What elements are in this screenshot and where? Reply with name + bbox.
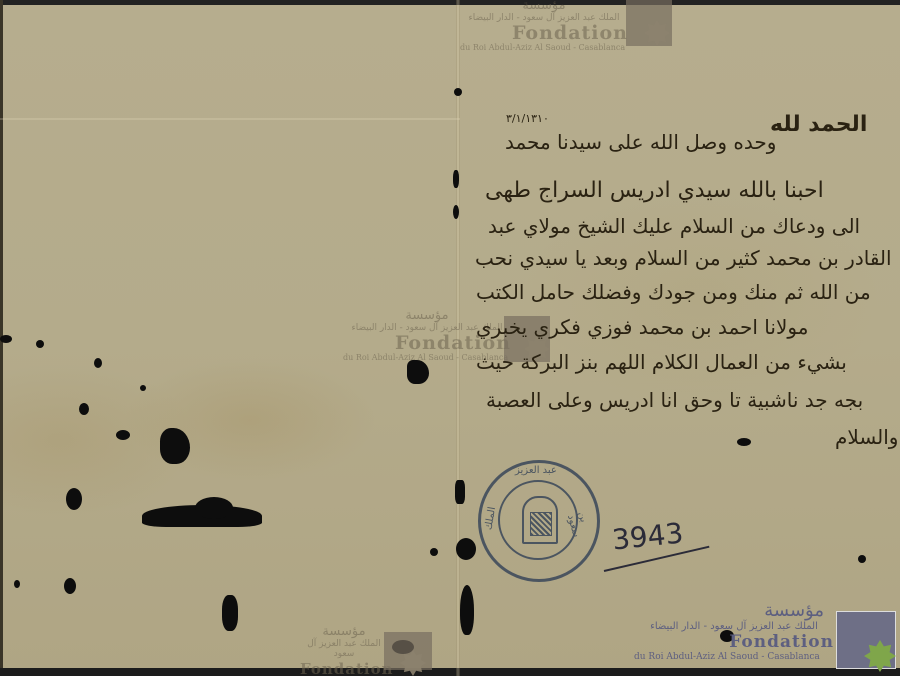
catalog-number: 3943 (610, 516, 684, 556)
scanned-document-page: مؤسسة الملك عبد العزيز آل سعود - الدار ا… (0, 0, 900, 676)
body-line-2: الى ودعاك من السلام عليك الشيخ مولاي عبد (488, 214, 860, 238)
horizontal-fold-line (0, 118, 460, 120)
body-line-8: والسلام (835, 425, 898, 449)
royal-stamp: عبد العزيز الملك بن سعود (478, 460, 600, 582)
watermark-arabic-name: مؤسسة (634, 600, 834, 621)
body-line-6: بشيء من العمال الكلام اللهم بنز البركة ح… (476, 350, 847, 374)
watermark-arabic-subtitle: الملك عبد العزيز آل سعود (300, 639, 388, 659)
date-note: ٣/١/١٣١٠ (506, 112, 549, 125)
watermark-arabic-name: مؤسسة (460, 0, 628, 13)
scan-edge-top (0, 0, 900, 5)
watermark-arabic-name: مؤسسة (300, 624, 388, 639)
body-line-7: بجه جد ناشبية تا وحق انا ادريس وعلى العص… (486, 388, 863, 412)
watermark-bottom-left: مؤسسة الملك عبد العزيز آل سعود Fondation (300, 624, 388, 676)
body-line-5: مولانا احمد بن محمد فوزي فكري يخبري (476, 315, 808, 339)
watermark-latin-subtitle: du Roi Abdul-Aziz Al Saoud - Casablanca (460, 43, 628, 52)
stamp-arch-icon (522, 496, 558, 544)
body-line-4: من الله ثم منك ومن جودك وفضلك حامل الكتب (476, 280, 871, 304)
scan-edge-bottom (0, 668, 900, 676)
watermark-arabic-subtitle: الملك عبد العزيز آل سعود - الدار البيضاء (634, 621, 834, 632)
watermark-latin-name: Fondation (634, 632, 834, 652)
body-line-1: احبنا بالله سيدي ادريس السراج طهى (485, 178, 824, 203)
stamp-text-top: عبد العزيز (515, 465, 557, 476)
watermark-top: مؤسسة الملك عبد العزيز آل سعود - الدار ا… (460, 0, 628, 52)
watermark-latin-subtitle: du Roi Abdul-Aziz Al Saoud - Casablanca (634, 652, 834, 662)
watermark-latin-name: Fondation (300, 659, 388, 676)
stamp-pattern-icon (530, 512, 552, 536)
body-line-3: القادر بن محمد كثير من السلام وبعد يا سي… (475, 246, 892, 270)
invocation: الحمد لله (770, 112, 867, 137)
stamp-text-left: الملك (483, 506, 498, 531)
blessing-line: وحده وصل الله على سيدنا محمد (505, 130, 776, 154)
watermark-latin-name: Fondation (460, 23, 628, 43)
watermark-bottom-right: مؤسسة الملك عبد العزيز آل سعود - الدار ا… (634, 600, 834, 662)
